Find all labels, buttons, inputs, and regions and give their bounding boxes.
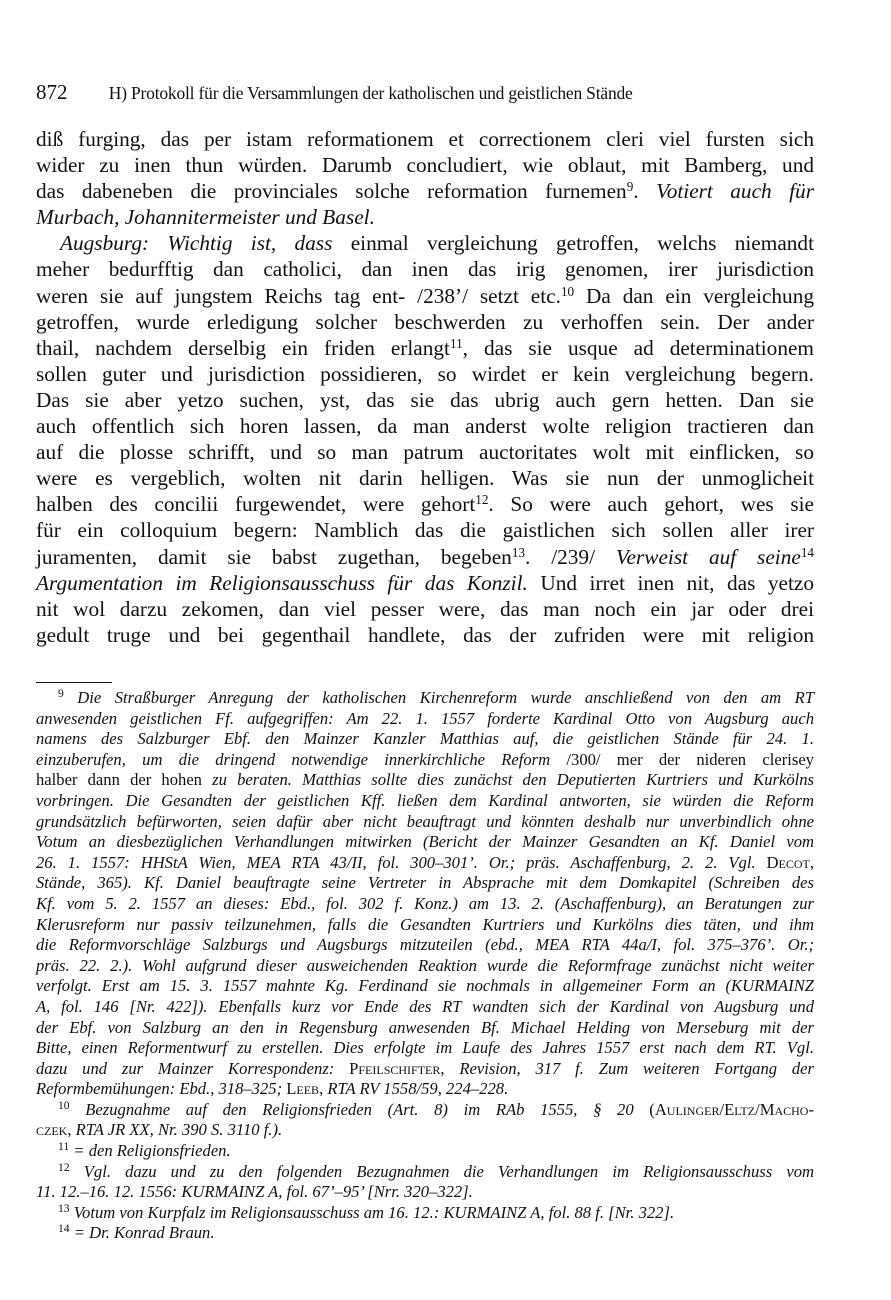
footnote-line: Bitte, einen Reformentwurf zu erstellen.… — [36, 1038, 814, 1059]
footnote-line: halber dann der hohen zu beraten. Matthi… — [36, 770, 814, 791]
running-header: 872 H) Protokoll für die Versammlungen d… — [36, 80, 814, 106]
text-segment: grundsätzlich befürworten, seien dafür a… — [36, 812, 814, 831]
main-text-body: diß furging, das per istam reformationem… — [36, 126, 814, 648]
footnote-number: 11 — [58, 1140, 69, 1153]
footnote-line: 14 = Dr. Konrad Braun. — [36, 1223, 814, 1244]
text-segment: were es vergeblich, wolten nit darin hel… — [36, 466, 814, 490]
footnote-reference: 13 — [512, 544, 525, 559]
footnote-line: Stände, 365). Kf. Daniel beauftragte sei… — [36, 873, 814, 894]
text-segment: auf die plosse schrifft, und so man patr… — [36, 440, 814, 464]
footnotes-section: 9 Die Straßburger Anregung der katholisc… — [36, 688, 814, 1244]
footnote-number: 9 — [58, 687, 64, 700]
text-segment: einzuberufen, um die dringend notwendige… — [36, 750, 550, 769]
text-segment: 26. 1. 1557: HHStA Wien, MEA RTA 43/II, … — [36, 853, 767, 872]
text-segment: thail, nachdem derselbig ein friden erla… — [36, 336, 450, 360]
footnote-reference: 12 — [475, 492, 488, 507]
footnote-13: 13 Votum von Kurpfalz im Religionsaussch… — [36, 1203, 814, 1224]
text-segment: halber dann der hohen — [36, 770, 212, 789]
footnote-number: 12 — [58, 1161, 70, 1174]
text-line: juramenten, damit sie babst zugethan, be… — [36, 544, 814, 570]
text-line: gedult truge und bei gegenthail handlete… — [36, 622, 814, 648]
text-segment: RTA JR XX, Nr. 390 S. 3110 f.). — [76, 1120, 283, 1139]
text-segment: RTA RV 1558/59, 224–228. — [327, 1079, 508, 1098]
text-segment: czek — [36, 1120, 67, 1139]
text-segment: weren sie auf jungstem Reichs tag ent- /… — [36, 284, 561, 308]
footnote-line: 12 Vgl. dazu und zu den folgenden Bezugn… — [36, 1162, 814, 1183]
text-segment: Votum an diesbezüglichen Verhandlungen m… — [36, 832, 814, 851]
footnote-line: 10 Bezugnahme auf den Religionsfrieden (… — [36, 1100, 814, 1121]
text-segment: Da dan ein vergleichung — [574, 284, 814, 308]
footnote-line: A, fol. 146 [Nr. 422]). Ebenfalls kurz v… — [36, 997, 814, 1018]
text-segment: anwesenden geistlichen Ff. aufgegriffen:… — [36, 709, 814, 728]
text-segment: , — [440, 1059, 459, 1078]
text-line: Das sie aber yetzo suchen, yst, das sie … — [36, 387, 814, 413]
text-line: Murbach, Johannitermeister und Basel. — [36, 204, 814, 230]
footnote-line: präs. 22. 2.). Wohl aufgrund dieser ausw… — [36, 956, 814, 977]
text-segment: Votum von Kurpfalz im Religionsausschuss… — [74, 1203, 674, 1222]
text-segment: Bitte, einen Reformentwurf zu erstellen.… — [36, 1038, 814, 1057]
footnote-line: 13 Votum von Kurpfalz im Religionsaussch… — [36, 1203, 814, 1224]
footnote-line: dazu und zur Mainzer Korrespondenz: Pfei… — [36, 1059, 814, 1080]
footnote-12: 12 Vgl. dazu und zu den folgenden Bezugn… — [36, 1162, 814, 1203]
text-line: für ein colloquium begern: Namblich das … — [36, 517, 814, 543]
text-segment: sollen guter und jurisdiction possidiere… — [36, 362, 814, 386]
footnote-line: einzuberufen, um die dringend notwendige… — [36, 750, 814, 771]
text-segment: , das sie usque ad determinationem — [463, 336, 814, 360]
text-line: Augsburg: Wichtig ist, dass einmal vergl… — [36, 230, 814, 256]
text-segment: Decot, — [767, 853, 814, 872]
text-segment: . So were auch gehort, wes sie — [488, 492, 814, 516]
text-segment: . /239/ — [525, 545, 616, 569]
text-segment: = Dr. Konrad Braun. — [74, 1223, 215, 1242]
footnote-line: czek, RTA JR XX, Nr. 390 S. 3110 f.). — [36, 1120, 814, 1141]
footnote-number: 13 — [58, 1202, 70, 1215]
text-segment: zu beraten. Matthias sollte dies zunächs… — [212, 770, 814, 789]
footnote-line: verfolgt. Erst am 15. 3. 1557 mahnte Kg.… — [36, 976, 814, 997]
text-segment: Verweist auf seine — [616, 545, 801, 569]
text-line: were es vergeblich, wolten nit darin hel… — [36, 465, 814, 491]
text-segment: vorbringen. Die Gesandten der geistliche… — [36, 791, 814, 810]
text-segment: getroffen, wurde erledigung solcher besc… — [36, 310, 814, 334]
text-segment: , — [67, 1120, 75, 1139]
text-line: diß furging, das per istam reformationem… — [36, 126, 814, 152]
text-segment: wider zu inen thun würden. Darumb conclu… — [36, 153, 814, 177]
footnote-line: 9 Die Straßburger Anregung der katholisc… — [36, 688, 814, 709]
footnote-line: 11 = den Religionsfrieden. — [36, 1141, 814, 1162]
text-segment: ( — [634, 1100, 655, 1119]
text-line: sollen guter und jurisdiction possidiere… — [36, 361, 814, 387]
text-segment: 11. 12.–16. 12. 1556: KURMAINZ A, fol. 6… — [36, 1182, 473, 1201]
footnote-number: 10 — [58, 1099, 70, 1112]
text-line: Argumentation im Religionsausschuss für … — [36, 570, 814, 596]
text-line: nit wol darzu zekomen, dan viel pesser w… — [36, 596, 814, 622]
footnote-line: 26. 1. 1557: HHStA Wien, MEA RTA 43/II, … — [36, 853, 814, 874]
text-segment: A, fol. 146 [Nr. 422]). Ebenfalls kurz v… — [36, 997, 814, 1016]
text-segment: Stände, 365). Kf. Daniel beauftragte sei… — [36, 873, 814, 892]
text-segment: /300/ mer der nideren clerisey — [550, 750, 814, 769]
text-line: wider zu inen thun würden. Darumb conclu… — [36, 152, 814, 178]
text-line: thail, nachdem derselbig ein friden erla… — [36, 335, 814, 361]
text-segment: Votiert auch für — [656, 179, 814, 203]
footnote-line: Kf. vom 5. 2. 1557 an dieses: Ebd., fol.… — [36, 894, 814, 915]
footnote-number: 14 — [58, 1223, 70, 1236]
footnote-line: Klerusreform nur passiv teilzunehmen, fa… — [36, 915, 814, 936]
footnote-reference: 10 — [561, 283, 574, 298]
text-segment: Das sie aber yetzo suchen, yst, das sie … — [36, 388, 814, 412]
text-line: weren sie auf jungstem Reichs tag ent- /… — [36, 283, 814, 309]
footnote-line: Reformbemühungen: Ebd., 318–325; Leeb, R… — [36, 1079, 814, 1100]
text-line: auch offentlich sich horen lassen, da ma… — [36, 413, 814, 439]
footnote-14: 14 = Dr. Konrad Braun. — [36, 1223, 814, 1244]
footnote-line: vorbringen. Die Gesandten der geistliche… — [36, 791, 814, 812]
footnote-line: 11. 12.–16. 12. 1556: KURMAINZ A, fol. 6… — [36, 1182, 814, 1203]
text-segment: Klerusreform nur passiv teilzunehmen, fa… — [36, 915, 814, 934]
footnote-reference: 14 — [801, 544, 814, 559]
text-segment: die Reformvorschläge Salzburgs und Augsb… — [36, 935, 814, 954]
footnote-separator — [36, 682, 112, 683]
text-segment: namens des Salzburger Ebf. den Mainzer K… — [36, 729, 814, 748]
text-segment: Bezugnahme auf den Religionsfrieden (Art… — [85, 1100, 633, 1119]
text-line: das dabeneben die provinciales solche re… — [36, 178, 814, 204]
footnote-9: 9 Die Straßburger Anregung der katholisc… — [36, 688, 814, 1100]
footnote-11: 11 = den Religionsfrieden. — [36, 1141, 814, 1162]
text-line: halben des concilii furgewendet, were ge… — [36, 491, 814, 517]
text-segment: einmal vergleichung getroffen, welchs ni… — [332, 231, 814, 255]
text-segment: gedult truge und bei gegenthail handlete… — [36, 623, 814, 647]
text-segment: nit wol darzu zekomen, dan viel pesser w… — [36, 597, 814, 621]
text-segment: verfolgt. Erst am 15. 3. 1557 mahnte Kg.… — [36, 976, 814, 995]
text-line: meher bedurfftig dan catholici, dan inen… — [36, 256, 814, 282]
text-segment: diß furging, das per istam reformationem… — [36, 127, 814, 151]
footnote-line: grundsätzlich befürworten, seien dafür a… — [36, 812, 814, 833]
text-segment: Aulinger/Eltz/Macho- — [655, 1100, 814, 1119]
footnote-line: anwesenden geistlichen Ff. aufgegriffen:… — [36, 709, 814, 730]
running-title: H) Protokoll für die Versammlungen der k… — [109, 83, 633, 103]
text-segment: Argumentation im Religionsausschuss für … — [36, 571, 528, 595]
text-segment: für ein colloquium begern: Namblich das … — [36, 518, 814, 542]
text-segment: Reformbemühungen: Ebd., 318–325; — [36, 1079, 286, 1098]
text-segment: auch offentlich sich horen lassen, da ma… — [36, 414, 814, 438]
text-segment: Vgl. dazu und zu den folgenden Bezugnahm… — [84, 1162, 814, 1181]
footnote-reference: 11 — [450, 336, 463, 351]
text-segment: = den Religionsfrieden. — [73, 1141, 230, 1160]
footnote-10: 10 Bezugnahme auf den Religionsfrieden (… — [36, 1100, 814, 1141]
text-segment: Leeb — [286, 1079, 319, 1098]
text-segment: Und irret inen nit, das yetzo — [528, 571, 814, 595]
text-line: auf die plosse schrifft, und so man patr… — [36, 439, 814, 465]
text-line: getroffen, wurde erledigung solcher besc… — [36, 309, 814, 335]
footnote-line: der Ebf. von Salzburg an den in Regensbu… — [36, 1018, 814, 1039]
footnote-line: namens des Salzburger Ebf. den Mainzer K… — [36, 729, 814, 750]
text-segment: präs. 22. 2.). Wohl aufgrund dieser ausw… — [36, 956, 814, 975]
text-segment: Revision, 317 f. Zum weiteren Fortgang d… — [459, 1059, 814, 1078]
text-segment: das dabeneben die provinciales solche re… — [36, 179, 627, 203]
text-segment: meher bedurfftig dan catholici, dan inen… — [36, 257, 814, 281]
text-segment: . — [633, 179, 656, 203]
text-segment: Pfeilschifter — [349, 1059, 440, 1078]
text-segment: dazu und zur Mainzer Korrespondenz: — [36, 1059, 349, 1078]
text-segment: Murbach, Johannitermeister und Basel. — [36, 205, 375, 229]
text-segment: Augsburg: Wichtig ist, dass — [60, 231, 332, 255]
text-segment: Kf. vom 5. 2. 1557 an dieses: Ebd., fol.… — [36, 894, 814, 913]
footnote-line: Votum an diesbezüglichen Verhandlungen m… — [36, 832, 814, 853]
page-number: 872 — [36, 80, 104, 104]
text-segment: der Ebf. von Salzburg an den in Regensbu… — [36, 1018, 814, 1037]
text-segment: Die Straßburger Anregung der katholische… — [77, 688, 814, 707]
text-segment: juramenten, damit sie babst zugethan, be… — [36, 545, 512, 569]
text-segment: halben des concilii furgewendet, were ge… — [36, 492, 475, 516]
footnote-line: die Reformvorschläge Salzburgs und Augsb… — [36, 935, 814, 956]
